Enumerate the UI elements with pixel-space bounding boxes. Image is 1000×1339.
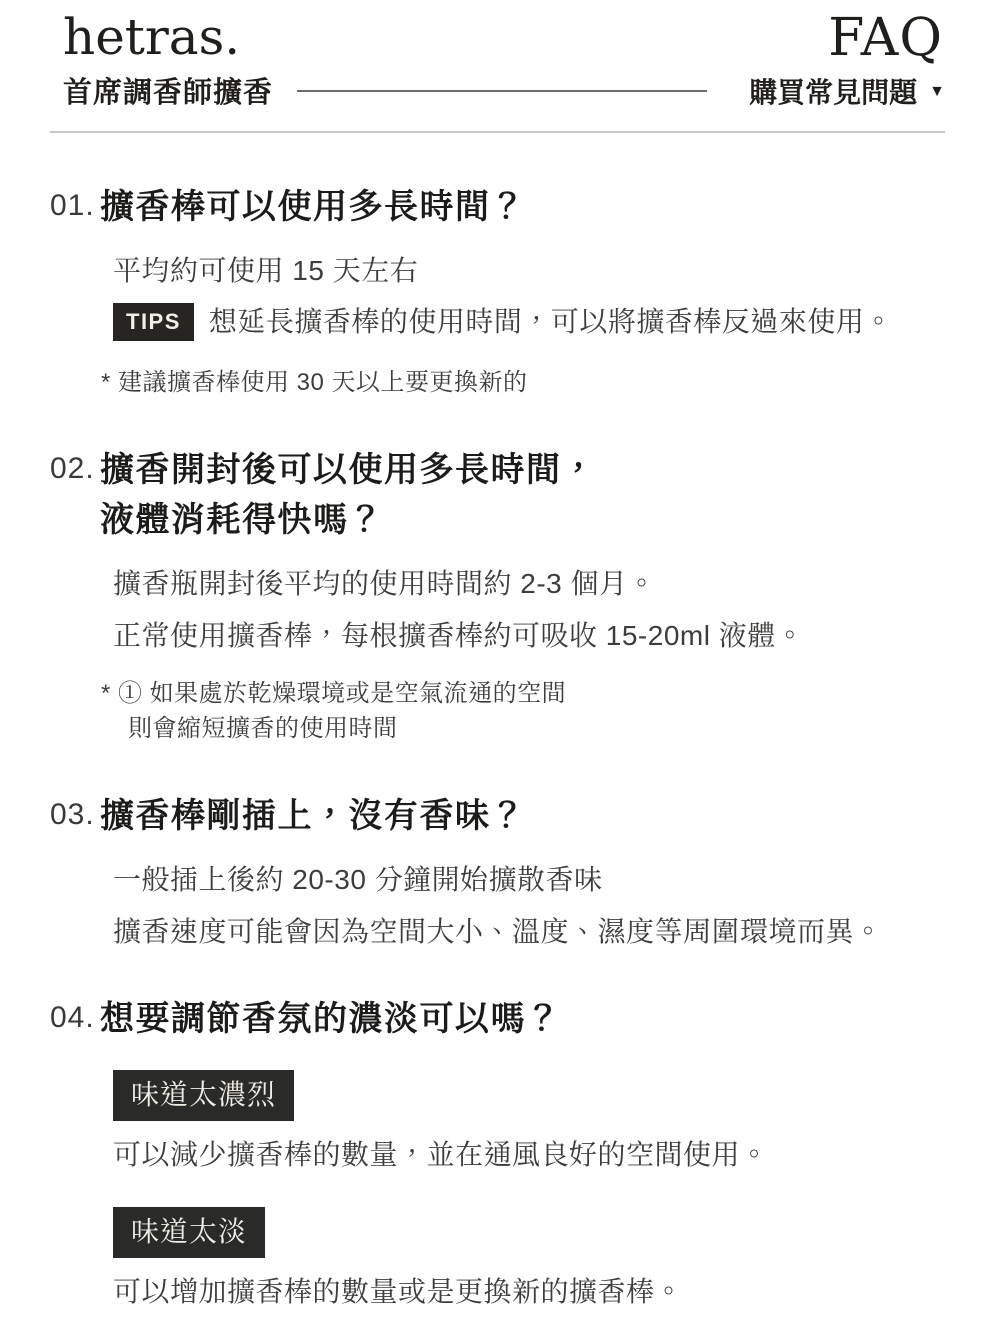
condition-badge: 味道太濃烈 — [113, 1070, 294, 1121]
question-row: 03. 擴香棒剛插上，沒有香味？ — [50, 792, 945, 841]
question-title-line: 擴香棒剛插上，沒有香味？ — [100, 792, 526, 841]
header-top-row: hetras. FAQ — [50, 12, 945, 64]
question-row: 02. 擴香開封後可以使用多長時間， 液體消耗得快嗎？ — [50, 446, 945, 545]
answer-block: 味道太濃烈 可以減少擴香棒的數量，並在通風良好的空間使用。 味道太淡 可以增加擴… — [113, 1070, 945, 1309]
question-title: 擴香棒可以使用多長時間？ — [100, 183, 526, 232]
condition-item-weak: 味道太淡 可以增加擴香棒的數量或是更換新的擴香棒。 — [113, 1207, 945, 1308]
faq-page: hetras. FAQ 首席調香師擴香 購買常見問題 ▼ 01. 擴香棒可以使用… — [0, 0, 1000, 1339]
faq-item-03: 03. 擴香棒剛插上，沒有香味？ 一般插上後約 20-30 分鐘開始擴散香味 擴… — [50, 792, 945, 948]
category-dropdown-label: 購買常見問題 — [749, 71, 917, 111]
answer-text: 可以增加擴香棒的數量或是更換新的擴香棒。 — [113, 1275, 945, 1309]
note-text: * ① 如果處於乾燥環境或是空氣流通的空間 則會縮短擴香的使用時間 — [101, 676, 945, 746]
question-number: 04. — [50, 995, 100, 1036]
faq-item-02: 02. 擴香開封後可以使用多長時間， 液體消耗得快嗎？ 擴香瓶開封後平均的使用時… — [50, 446, 945, 746]
answer-block: 擴香瓶開封後平均的使用時間約 2-3 個月。 正常使用擴香棒，每根擴香棒約可吸收… — [113, 567, 945, 746]
note-text: * 建議擴香棒使用 30 天以上要更換新的 — [101, 365, 945, 400]
question-title-line: 擴香棒可以使用多長時間？ — [100, 183, 526, 232]
condition-badge: 味道太淡 — [113, 1207, 265, 1258]
note-line: 則會縮短擴香的使用時間 — [101, 711, 945, 746]
brand-logo: hetras. — [63, 12, 240, 62]
question-title: 想要調節香氛的濃淡可以嗎？ — [100, 995, 562, 1044]
question-title: 擴香棒剛插上，沒有香味？ — [100, 792, 526, 841]
condition-item-strong: 味道太濃烈 可以減少擴香棒的數量，並在通風良好的空間使用。 — [113, 1070, 945, 1171]
question-row: 01. 擴香棒可以使用多長時間？ — [50, 183, 945, 232]
faq-item-04: 04. 想要調節香氛的濃淡可以嗎？ 味道太濃烈 可以減少擴香棒的數量，並在通風良… — [50, 995, 945, 1309]
question-row: 04. 想要調節香氛的濃淡可以嗎？ — [50, 995, 945, 1044]
tips-badge: TIPS — [113, 303, 194, 341]
answer-text: 擴香速度可能會因為空間大小、溫度、濕度等周圍環境而異。 — [113, 915, 945, 949]
header-divider — [50, 131, 945, 133]
question-number: 02. — [50, 446, 100, 487]
header: hetras. FAQ 首席調香師擴香 購買常見問題 ▼ — [50, 12, 945, 133]
answer-block: 一般插上後約 20-30 分鐘開始擴散香味 擴香速度可能會因為空間大小、溫度、濕… — [113, 863, 945, 948]
answer-text: 一般插上後約 20-30 分鐘開始擴散香味 — [113, 863, 945, 897]
question-title-line: 想要調節香氛的濃淡可以嗎？ — [100, 995, 562, 1044]
faq-list: 01. 擴香棒可以使用多長時間？ 平均約可使用 15 天左右 TIPS 想延長擴… — [50, 183, 945, 1309]
tips-row: TIPS 想延長擴香棒的使用時間，可以將擴香棒反過來使用。 — [113, 303, 945, 341]
faq-item-01: 01. 擴香棒可以使用多長時間？ 平均約可使用 15 天左右 TIPS 想延長擴… — [50, 183, 945, 400]
question-number: 03. — [50, 792, 100, 833]
brand-subtitle: 首席調香師擴香 — [63, 70, 273, 111]
question-title-line: 液體消耗得快嗎？ — [100, 496, 597, 545]
header-bottom-row: 首席調香師擴香 購買常見問題 ▼ — [50, 70, 945, 111]
question-title: 擴香開封後可以使用多長時間， 液體消耗得快嗎？ — [100, 446, 597, 545]
answer-text: 正常使用擴香棒，每根擴香棒約可吸收 15-20ml 液體。 — [113, 619, 945, 653]
header-rule — [297, 90, 707, 92]
answer-text: 平均約可使用 15 天左右 — [113, 254, 945, 288]
question-title-line: 擴香開封後可以使用多長時間， — [100, 446, 597, 495]
answer-block: 平均約可使用 15 天左右 TIPS 想延長擴香棒的使用時間，可以將擴香棒反過來… — [113, 254, 945, 400]
question-number: 01. — [50, 183, 100, 224]
answer-text: 可以減少擴香棒的數量，並在通風良好的空間使用。 — [113, 1138, 945, 1172]
faq-heading: FAQ — [828, 12, 943, 64]
tip-text: 想延長擴香棒的使用時間，可以將擴香棒反過來使用。 — [209, 305, 893, 339]
chevron-down-icon: ▼ — [929, 80, 945, 101]
category-dropdown[interactable]: 購買常見問題 ▼ — [749, 71, 945, 111]
note-line: * ① 如果處於乾燥環境或是空氣流通的空間 — [101, 676, 945, 711]
answer-text: 擴香瓶開封後平均的使用時間約 2-3 個月。 — [113, 567, 945, 601]
